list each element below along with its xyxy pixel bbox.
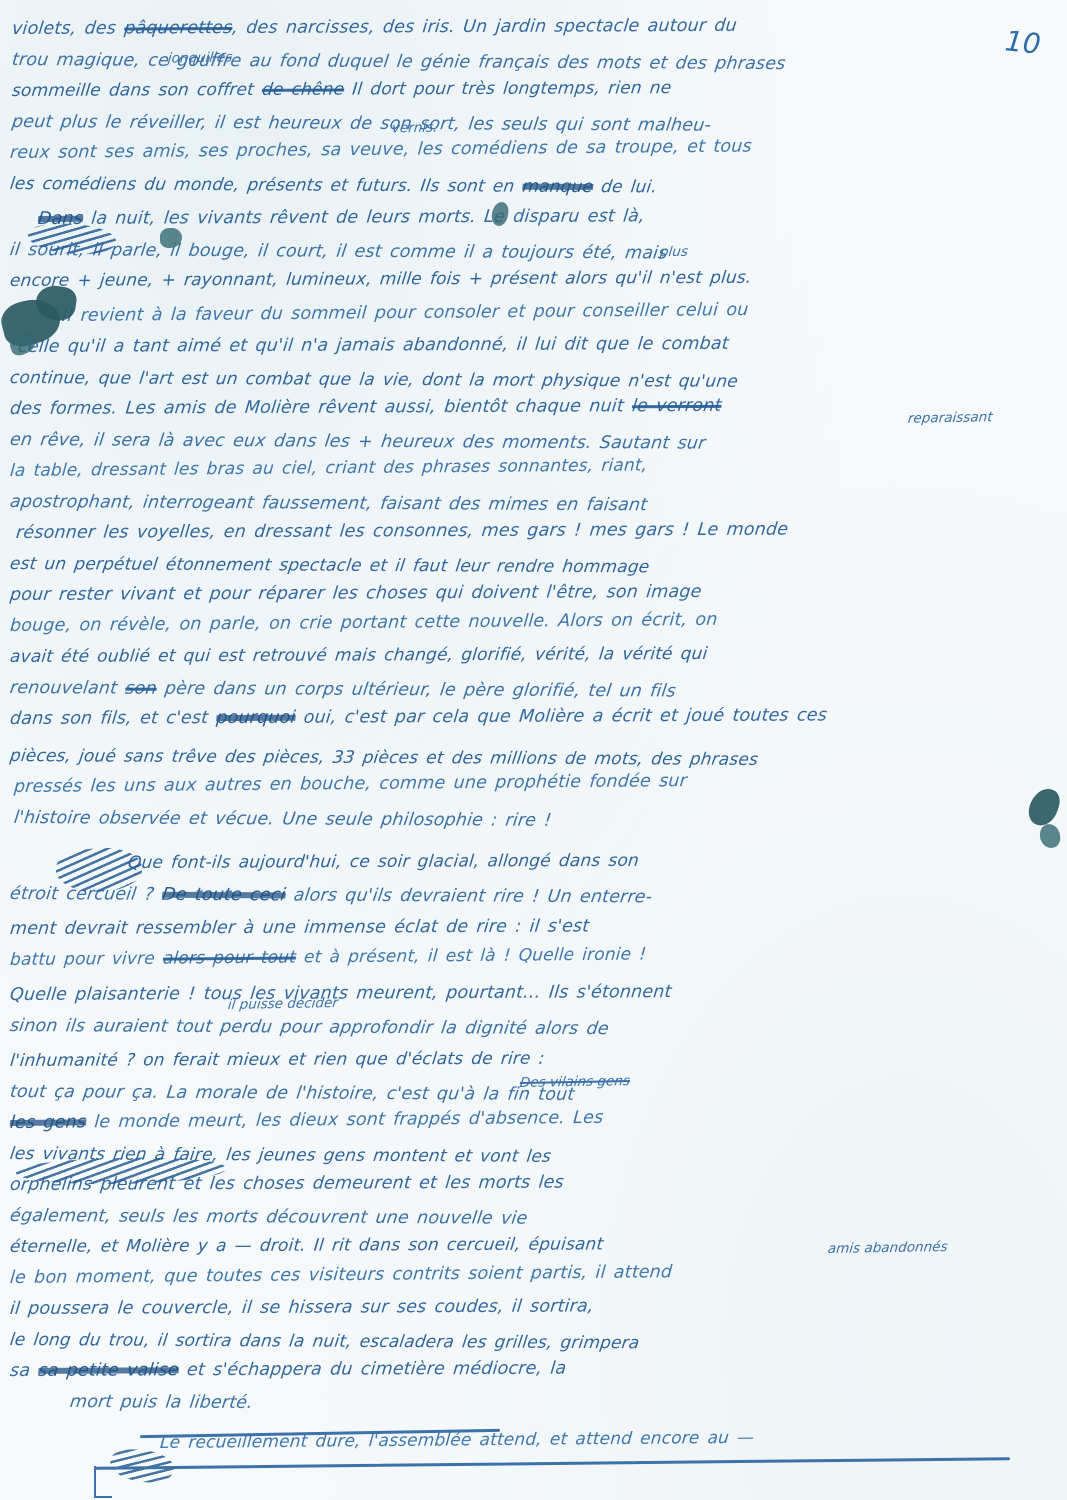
crossed-out-text: le verront (631, 396, 722, 416)
handwritten-text: Quelle plaisanterie ! tous les vivants m… (9, 982, 672, 1005)
handwritten-text: sa (9, 1361, 39, 1381)
manuscript-line: l'inhumanité ? on ferait mieux et rien q… (8, 1041, 1063, 1077)
handwritten-text: sommeille dans son coffret (11, 80, 263, 101)
handwritten-text: tout ça pour ça. La morale de l'histoire… (9, 1082, 576, 1105)
crossed-out-text: les gens (9, 1112, 87, 1133)
manuscript-line: Quelle plaisanterie ! tous les vivants m… (8, 975, 1063, 1011)
crossed-out-text: son (124, 679, 158, 699)
manuscript-line: avait été oublié et qui est retrouvé mai… (8, 637, 1063, 673)
manuscript-line: Que font-ils aujourd'hui, ce soir glacia… (126, 844, 1063, 879)
manuscript-page: 10 violets, des pâquerettes, des narciss… (0, 0, 1067, 1500)
handwritten-text: reux sont ses amis, ses proches, sa veuv… (9, 137, 752, 163)
manuscript-line: sommeille dans son coffret de chêne Il d… (10, 71, 1063, 107)
handwritten-text: , des narcisses, des iris. Un jardin spe… (231, 16, 738, 38)
interline-word: jonquilles (167, 49, 233, 66)
crossed-out-text: de chêne (261, 80, 345, 100)
handwritten-text: oui, c'est par cela que Molière a écrit … (294, 705, 827, 727)
margin-bracket (94, 1466, 112, 1498)
handwritten-text: et s'échappera du cimetière médiocre, la (178, 1359, 568, 1381)
handwritten-text: pour rester vivant et pour réparer les c… (9, 582, 702, 605)
handwritten-text: et à présent, il est là ! Quelle ironie … (295, 944, 647, 967)
interline-word: Des vilains gens (519, 1073, 631, 1091)
handwritten-text: la nuit, les vivants rêvent de leurs mor… (82, 206, 646, 228)
handwritten-text: les comédiens du monde, présents et futu… (9, 174, 524, 197)
manuscript-line: il poussera le couvercle, il se hissera … (8, 1289, 1063, 1325)
handwritten-text: de lui. (592, 177, 658, 197)
handwritten-text: mort puis la liberté. (69, 1392, 254, 1413)
handwritten-text: également, seuls les morts découvrent un… (9, 1206, 529, 1229)
manuscript-line: Dans la nuit, les vivants rêvent de leur… (36, 200, 1063, 235)
handwritten-text: ment devrait ressembler à une immense éc… (9, 916, 590, 939)
handwritten-text: alors qu'ils devraient rire ! Un enterre… (284, 885, 653, 907)
handwritten-text: des formes. Les amis de Molière rêvent a… (9, 396, 633, 419)
crossed-out-text: De toute ceci (161, 885, 287, 906)
manuscript-line: Il revient à la faveur du sommeil pour c… (61, 292, 1063, 332)
handwritten-text: apostrophant, interrogeant faussement, f… (9, 492, 649, 515)
hand-drawn-rule (95, 1457, 1010, 1470)
handwritten-text: Il revient à la faveur du sommeil pour c… (61, 300, 749, 326)
handwritten-text: bouge, on révèle, on parle, on crie port… (9, 610, 718, 636)
handwritten-text: renouvelant (9, 678, 127, 699)
handwritten-text: la table, dressant les bras au ciel, cri… (9, 455, 648, 481)
interline-word: il puisse décider (227, 995, 339, 1013)
handwritten-text: sinon ils auraient tout perdu pour appro… (9, 1016, 610, 1039)
manuscript-line: dans son fils, et c'est pourquoi oui, c'… (8, 699, 1063, 735)
crossed-out-text: pourquoi (215, 708, 296, 728)
handwritten-text: violets, des (11, 19, 125, 39)
interline-word: vernis. (391, 120, 438, 137)
handwritten-text: continue, que l'art est un combat que la… (9, 368, 739, 392)
handwritten-text: éternelle, et Molière y a — droit. Il ri… (9, 1234, 604, 1257)
crossed-out-text: manque (521, 177, 594, 197)
handwritten-text: battu pour vivre (9, 949, 164, 970)
handwritten-text: le long du trou, il sortira dans la nuit… (9, 1330, 641, 1353)
handwritten-text: Il dort pour très longtemps, rien ne (343, 78, 672, 99)
handwritten-text: celle qu'il a tant aimé et qu'il n'a jam… (17, 334, 730, 357)
manuscript-line: résonner les voyelles, en dressant les c… (14, 513, 1063, 549)
handwritten-text: le bon moment, que toutes ces visiteurs … (9, 1262, 673, 1288)
interline-word: amis abandonnés (827, 1239, 948, 1257)
handwritten-text: avait été oublié et qui est retrouvé mai… (9, 644, 708, 667)
handwritten-text: trou magique, ce gouffre au fond duquel … (11, 50, 787, 74)
manuscript-line: violets, des pâquerettes, des narcisses,… (10, 9, 1063, 45)
handwritten-text: Que font-ils aujourd'hui, ce soir glacia… (127, 851, 640, 873)
manuscript-line: Le recueillement dure, l'assemblée atten… (159, 1420, 1063, 1459)
handwritten-text: est un perpétuel étonnement spectacle et… (9, 554, 651, 577)
handwritten-text: résonner les voyelles, en dressant les c… (15, 520, 789, 543)
handwritten-text: père dans un corps ultérieur, le père gl… (155, 679, 677, 702)
handwritten-text: le monde meurt, les dieux sont frappés d… (85, 1108, 604, 1133)
interline-word: plus (659, 244, 689, 260)
handwritten-text: il poussera le couvercle, il se hissera … (9, 1296, 595, 1319)
manuscript-line: des formes. Les amis de Molière rêvent a… (8, 389, 1063, 425)
handwritten-text: pressés les uns aux autres en bouche, co… (13, 771, 688, 797)
manuscript-line: encore + jeune, + rayonnant, lumineux, m… (8, 261, 1063, 297)
manuscript-line: l'histoire observée et vécue. Une seule … (12, 803, 1062, 839)
manuscript-line: mort puis la liberté. (68, 1387, 1062, 1423)
crossed-out-text: alors pour tout (162, 948, 297, 969)
interline-word: reparaissant (907, 409, 993, 426)
manuscript-line: sa sa petite valise et s'échappera du ci… (8, 1351, 1063, 1387)
manuscript-line: celle qu'il a tant aimé et qu'il n'a jam… (16, 327, 1063, 363)
crossed-out-text: pâquerettes (123, 18, 233, 38)
handwritten-text: dans son fils, et c'est (9, 708, 217, 729)
crossed-out-text: sa petite valise (37, 1360, 179, 1381)
handwritten-text: l'histoire observée et vécue. Une seule … (13, 808, 553, 831)
handwritten-text: encore + jeune, + rayonnant, lumineux, m… (9, 268, 752, 291)
handwritten-text: l'inhumanité ? on ferait mieux et rien q… (9, 1049, 546, 1071)
